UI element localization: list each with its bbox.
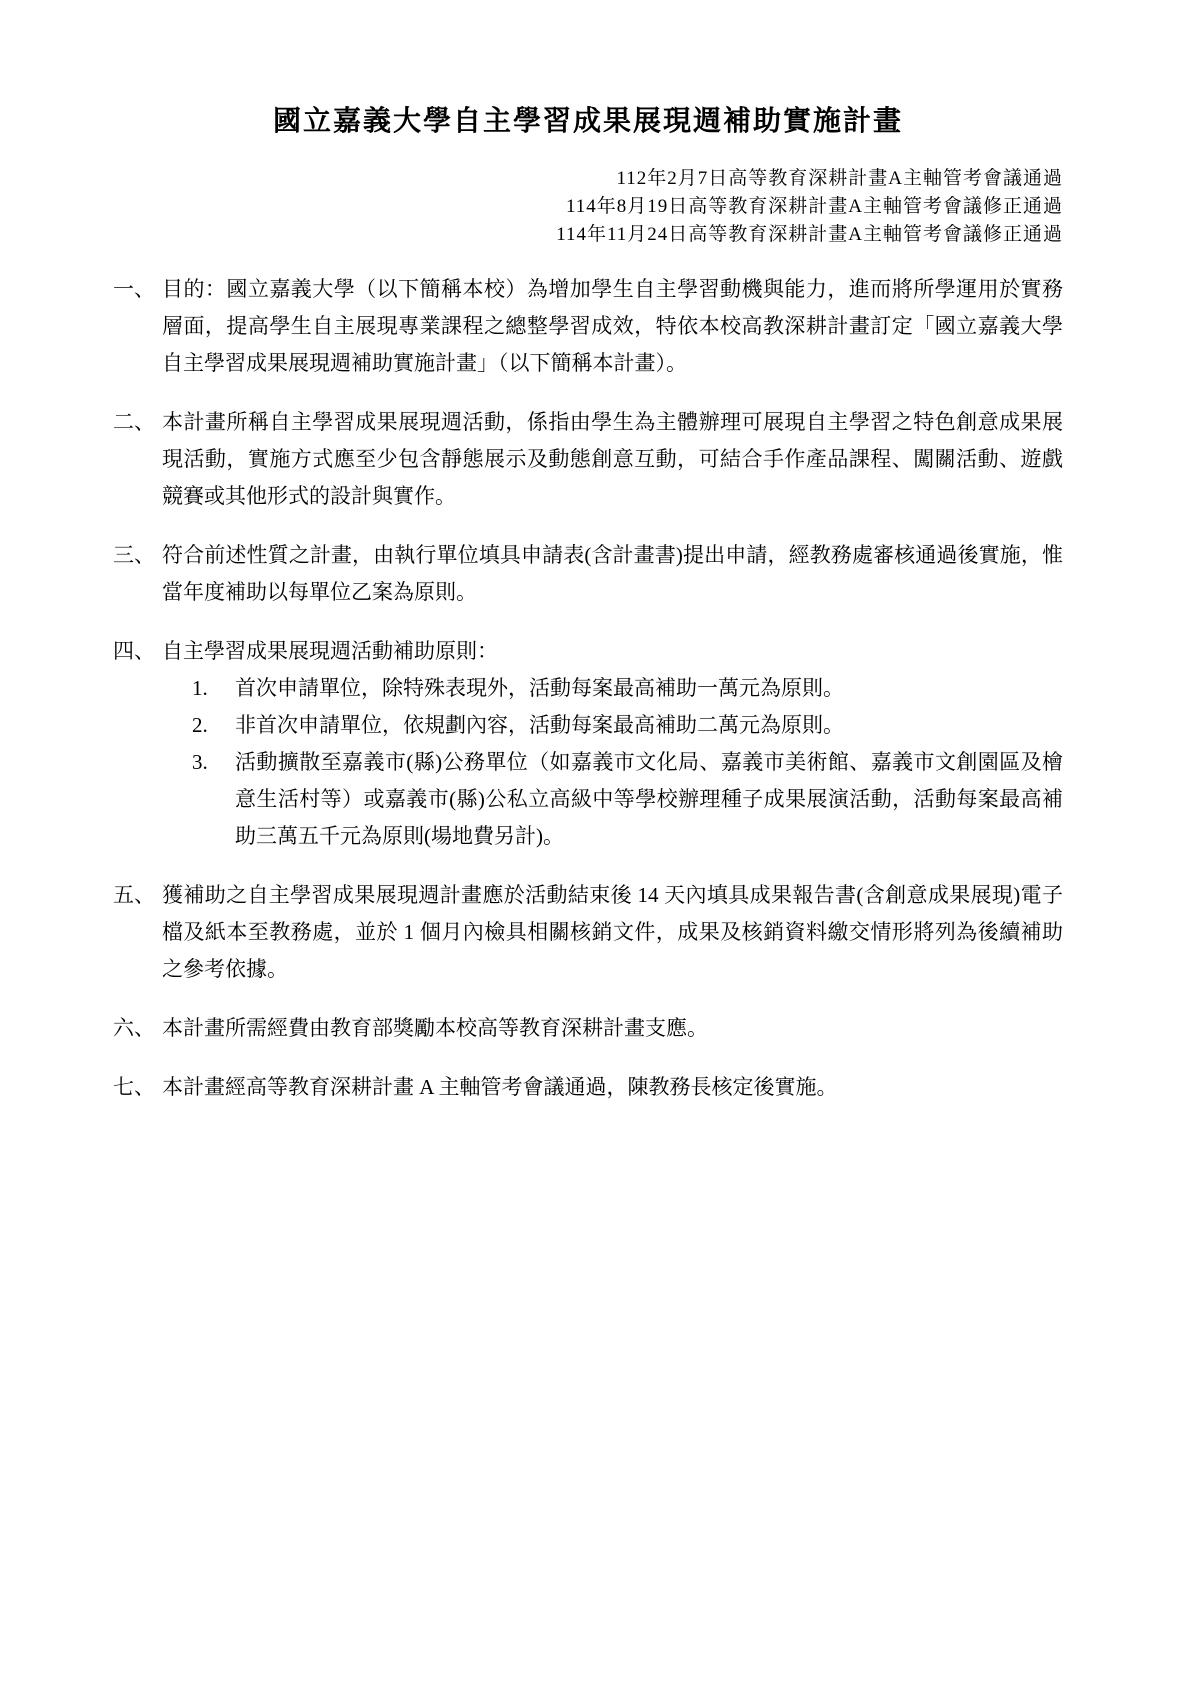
list-item-text: 活動擴散至嘉義市(縣)公務單位（如嘉義市文化局、嘉義市美術館、嘉義市文創園區及檜…: [235, 744, 1063, 855]
approval-line: 114年8月19日高等教育深耕計畫A主軸管考會議修正通過: [113, 193, 1063, 221]
list-item: 1. 首次申請單位，除特殊表現外，活動每案最高補助一萬元為原則。: [192, 670, 1063, 707]
section-label: 二、: [113, 404, 162, 515]
section-label: 四、: [113, 633, 162, 855]
section-label: 五、: [113, 877, 162, 988]
list-item-number: 3.: [192, 744, 235, 855]
section-label: 三、: [113, 537, 162, 611]
list-item: 2. 非首次申請單位，依規劃內容，活動每案最高補助二萬元為原則。: [192, 707, 1063, 744]
approval-line: 114年11月24日高等教育深耕計畫A主軸管考會議修正通過: [113, 221, 1063, 249]
section-label: 六、: [113, 1010, 162, 1047]
section-text: 自主學習成果展現週活動補助原則：: [162, 633, 1063, 670]
section-label: 七、: [113, 1069, 162, 1106]
document-page: 國立嘉義大學自主學習成果展現週補助實施計畫 112年2月7日高等教育深耕計畫A主…: [0, 0, 1200, 1697]
section-4: 四、 自主學習成果展現週活動補助原則： 1. 首次申請單位，除特殊表現外，活動每…: [113, 633, 1063, 855]
section-text: 獲補助之自主學習成果展現週計畫應於活動結束後 14 天內填具成果報告書(含創意成…: [162, 877, 1063, 988]
list-item-text: 非首次申請單位，依規劃內容，活動每案最高補助二萬元為原則。: [235, 707, 1063, 744]
section-label: 一、: [113, 271, 162, 382]
list-item-text: 首次申請單位，除特殊表現外，活動每案最高補助一萬元為原則。: [235, 670, 1063, 707]
section-text: 本計畫所稱自主學習成果展現週活動，係指由學生為主體辦理可展現自主學習之特色創意成…: [162, 404, 1063, 515]
approval-line: 112年2月7日高等教育深耕計畫A主軸管考會議通過: [113, 165, 1063, 193]
section-text: 目的：國立嘉義大學（以下簡稱本校）為增加學生自主學習動機與能力，進而將所學運用於…: [162, 271, 1063, 382]
list-item: 3. 活動擴散至嘉義市(縣)公務單位（如嘉義市文化局、嘉義市美術館、嘉義市文創園…: [192, 744, 1063, 855]
subsidy-principles-list: 1. 首次申請單位，除特殊表現外，活動每案最高補助一萬元為原則。 2. 非首次申…: [192, 670, 1063, 855]
section-6: 六、 本計畫所需經費由教育部獎勵本校高等教育深耕計畫支應。: [113, 1010, 1063, 1047]
section-text: 本計畫經高等教育深耕計畫 A 主軸管考會議通過，陳教務長核定後實施。: [162, 1069, 1063, 1106]
section-2: 二、 本計畫所稱自主學習成果展現週活動，係指由學生為主體辦理可展現自主學習之特色…: [113, 404, 1063, 515]
section-7: 七、 本計畫經高等教育深耕計畫 A 主軸管考會議通過，陳教務長核定後實施。: [113, 1069, 1063, 1106]
list-item-number: 2.: [192, 707, 235, 744]
section-5: 五、 獲補助之自主學習成果展現週計畫應於活動結束後 14 天內填具成果報告書(含…: [113, 877, 1063, 988]
document-title: 國立嘉義大學自主學習成果展現週補助實施計畫: [113, 105, 1063, 139]
section-text: 本計畫所需經費由教育部獎勵本校高等教育深耕計畫支應。: [162, 1010, 1063, 1047]
approval-history: 112年2月7日高等教育深耕計畫A主軸管考會議通過 114年8月19日高等教育深…: [113, 165, 1063, 249]
section-3: 三、 符合前述性質之計畫，由執行單位填具申請表(含計畫書)提出申請，經教務處審核…: [113, 537, 1063, 611]
section-text: 符合前述性質之計畫，由執行單位填具申請表(含計畫書)提出申請，經教務處審核通過後…: [162, 537, 1063, 611]
list-item-number: 1.: [192, 670, 235, 707]
section-1: 一、 目的：國立嘉義大學（以下簡稱本校）為增加學生自主學習動機與能力，進而將所學…: [113, 271, 1063, 382]
